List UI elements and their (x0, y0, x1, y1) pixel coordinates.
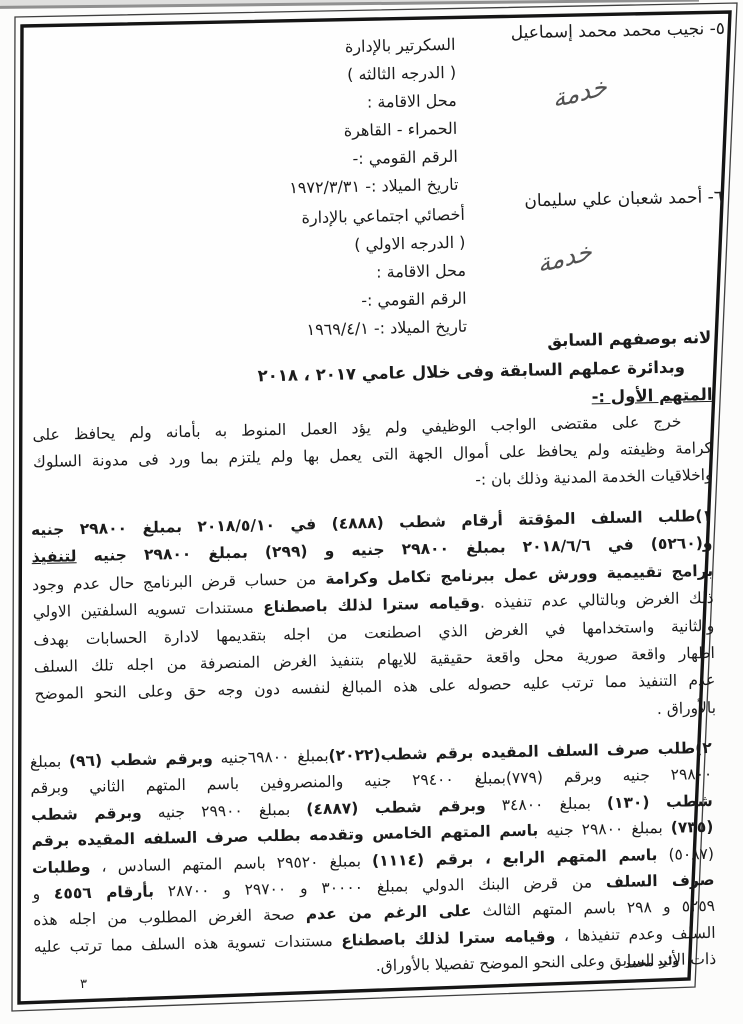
defendant-5-details: السكرتير بالإدارة( الدرجه الثالثه )محل ا… (241, 31, 458, 203)
text-segment: ٥٢٥٩ و ٢٩٨ باسم المتهم الثالث (471, 897, 715, 920)
text-segment: بمبلغ ٢٩٩٠٠ جنيه (141, 800, 306, 821)
text-segment: وبرقم شطب (31, 804, 142, 824)
detail-line: محل الاقامة : (242, 87, 457, 119)
document-content: ٥- نجيب محمد محمد إسماعيل خدمة السكرتير … (0, 0, 743, 1024)
detail-line: السكرتير بالإدارة (241, 31, 456, 63)
charge-2-paragraph: ٢)طلب صرف السلف المقيده برقم شطب(٢٠٢٢)بم… (30, 735, 717, 987)
charge-1-paragraph: ١)طلب السلف المؤقتة أرقام شطب (٤٨٨٨) في … (31, 503, 716, 736)
text-segment: صرف السلف (606, 871, 715, 891)
text-segment: بالأوراق . (657, 699, 716, 718)
defendant-6-name: ٦- أحمد شعبان علي سليمان (455, 187, 723, 213)
text-segment: بأرقام ٤٥٥٦ (54, 883, 154, 903)
text-segment: برامج تقييمية وورش عمل ببرنامج تكامل وكر… (316, 562, 713, 588)
text-segment: شطب (١٣٠) (607, 792, 713, 812)
text-segment: مستندات تسويه السلفتين الاولي (33, 599, 264, 622)
text-segment: بمبلغ ٢٩٨٠٠ جنيه (538, 819, 671, 840)
text-segment: صحة الغرض المطلوب من اجله هذه (33, 906, 306, 930)
text-segment: ٢)طلب صرف السلف المقيده برقم شطب(٢٠٢٢) (328, 739, 712, 765)
text-segment: السلف وعدم تنفيذها ، (555, 924, 716, 945)
text-segment: (٥٠٨٧) (657, 844, 714, 863)
defendant-5-name: ٥- نجيب محمد محمد إسماعيل (420, 19, 725, 45)
handwritten-note-1: خدمة (551, 71, 608, 114)
text-segment: على الرغم من عدم (306, 902, 472, 923)
text-segment: واخلاقيات الخدمة المدنية وذلك بان :- (475, 466, 713, 489)
text-segment: وقيامه سترا لذلك باصطناع (341, 927, 555, 949)
text-segment: بمبلغ ٦٩٨٠٠جنيه (213, 747, 329, 767)
scanned-document: ٥- نجيب محمد محمد إسماعيل خدمة السكرتير … (0, 0, 743, 1024)
text-segment: باسم المتهم الرابع ، برقم (١١١٤) (372, 846, 658, 870)
defendant-6-details: أخصائي اجتماعي بالإدارة( الدرجه الاولي )… (247, 201, 468, 346)
text-segment: بمبلغ (30, 752, 70, 771)
text-segment: من حساب قرض البرنامج حال عدم وجود (32, 570, 316, 594)
text-segment: وبرقم شطب (٤٨٨٧) (306, 796, 486, 818)
handwritten-note-2: خدمة (536, 236, 593, 279)
text-segment: وبرقم شطب (٩٦) (69, 749, 213, 770)
text-segment: مستندات تسوية هذه السلف مما ترتب عليه (34, 932, 342, 956)
detail-line: الحمراء - القاهرة (243, 115, 458, 147)
detail-line: تاريخ الميلاد :- ١٩٧٢/٣/٣١ (244, 171, 459, 203)
page-number: ٣ (80, 977, 87, 992)
text-segment: و (32, 885, 54, 903)
text-segment: لتنفيذ (31, 548, 76, 567)
text-segment: (٧٣٥) (671, 818, 714, 837)
conduct-paragraph: خرج على مقتضى الواجب الوظيفي ولم يؤد الع… (32, 408, 713, 503)
text-segment: بمبلغ ٣٤٨٠٠ (485, 794, 607, 815)
text-segment: وقيامه سترا لذلك باصطناع (263, 594, 480, 617)
text-segment: وطلبات (32, 858, 91, 877)
text-segment: ذلك الغرض وبالتالي عدم تنفيذه . (480, 589, 714, 612)
detail-line: الرقم القومي :- (244, 143, 459, 175)
text-segment: بمبلغ ٢٩٥٢٠ باسم المتهم السادس ، (90, 852, 372, 876)
intro-section: لانه بوصفهم السابق وبدائرة عملهم السابقة… (33, 324, 713, 424)
detail-line: ( الدرجه الثالثه ) (242, 59, 457, 91)
